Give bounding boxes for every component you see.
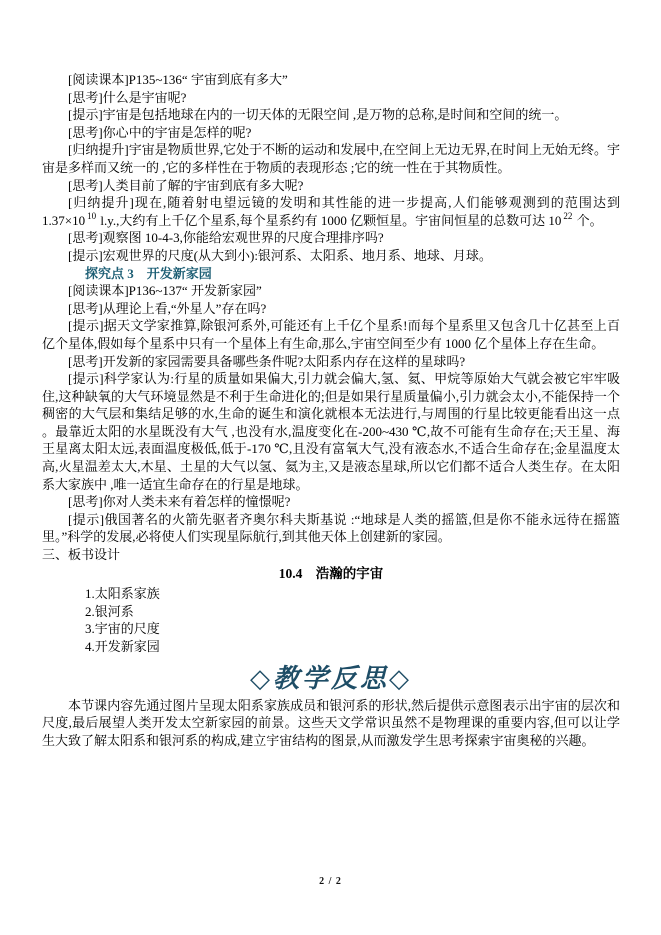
summary-observed-range: [归纳提升]现在,随着射电望远镜的发明和其性能的进一步提高,人们能够观测到的范围… (42, 194, 620, 229)
text-segment: l.y.,大约有上千亿个星系,每个星系约有 1000 亿颗恒星。宇宙间恒星的总数… (97, 213, 561, 228)
board-outline-item: 1.太阳系家族 (85, 585, 620, 603)
board-design-section-heading: 三、板书设计 (42, 546, 620, 564)
explore-point-3-heading: 探究点 3 开发新家园 (42, 265, 620, 283)
superscript-exponent: 10 (87, 211, 96, 221)
hint-what-is-universe: [提示]宇宙是包括地球在内的一切天体的无限空间 ,是万物的总称,是时间和空间的统… (42, 106, 620, 124)
summary-universe-nature: [归纳提升]宇宙是物质世界,它处于不断的运动和发展中,在空间上无边无界,在时间上… (42, 141, 620, 176)
reading-note-new-home: [阅读课本]P136~137“ 开发新家园” (42, 282, 620, 300)
board-outline-item: 2.银河系 (85, 603, 620, 621)
text-segment: 个。 (573, 213, 602, 228)
reading-note-universe: [阅读课本]P135~136“ 宇宙到底有多大” (42, 71, 620, 89)
think-question-how-big: [思考]人类目前了解的宇宙到底有多大呢? (42, 177, 620, 195)
think-question-aliens: [思考]从理论上看,“外星人”存在吗? (42, 300, 620, 318)
board-outline-item: 4.开发新家园 (85, 638, 620, 656)
hint-conditions: [提示]科学家认为:行星的质量如果偏大,引力就会偏大,氢、氦、甲烷等原始大气就会… (42, 370, 620, 493)
superscript-exponent: 22 (563, 211, 572, 221)
teaching-reflection-heading: ◇教学反思◇ (42, 663, 620, 694)
lesson-title: 10.4 浩瀚的宇宙 (42, 565, 620, 583)
board-outline-list: 1.太阳系家族 2.银河系 3.宇宙的尺度 4.开发新家园 (42, 585, 620, 655)
think-question-order-scales: [思考]观察图 10-4-3,你能给宏观世界的尺度合理排序吗? (42, 229, 620, 247)
hint-future: [提示]俄国著名的火箭先驱者齐奥尔科夫斯基说 :“地球是人类的摇篮,但是你不能永… (42, 511, 620, 546)
think-question-future: [思考]你对人类未来有着怎样的憧憬呢? (42, 493, 620, 511)
document-body: [阅读课本]P135~136“ 宇宙到底有多大” [思考]什么是宇宙呢? [提示… (42, 71, 620, 749)
think-question-conditions: [思考]开发新的家园需要具备哪些条件呢?太阳系内存在这样的星球吗? (42, 353, 620, 371)
document-page: [阅读课本]P135~136“ 宇宙到底有多大” [思考]什么是宇宙呢? [提示… (0, 0, 661, 935)
think-question-what-is-universe: [思考]什么是宇宙呢? (42, 89, 620, 107)
think-question-your-universe: [思考]你心中的宇宙是怎样的呢? (42, 124, 620, 142)
teaching-reflection-body: 本节课内容先通过图片呈现太阳系家族成员和银河系的形状,然后提供示意图表示出宇宙的… (42, 697, 620, 750)
hint-order-scales: [提示]宏观世界的尺度(从大到小):银河系、太阳系、地月系、地球、月球。 (42, 247, 620, 265)
board-outline-item: 3.宇宙的尺度 (85, 620, 620, 638)
page-number: 2 / 2 (0, 876, 661, 887)
hint-aliens: [提示]据天文学家推算,除银河系外,可能还有上千亿个星系!而每个星系里又包含几十… (42, 317, 620, 352)
